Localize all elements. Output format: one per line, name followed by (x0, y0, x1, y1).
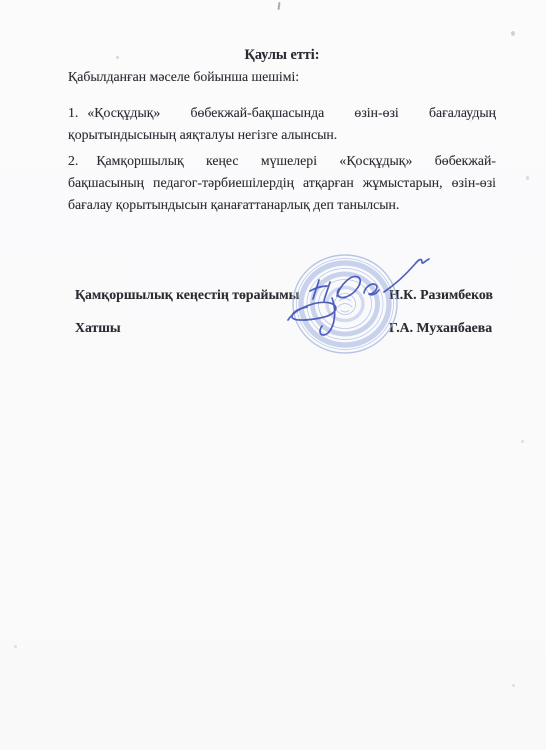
handwritten-signature-icon (272, 246, 442, 346)
scan-speck (526, 176, 529, 180)
item-1-text: «Қосқұдық» бөбекжай-бақшасында өзін-өзі … (68, 105, 496, 142)
intro-line: Қабылданған мәселе бойынша шешімі: (68, 66, 496, 88)
decision-item-1: 1.«Қосқұдық» бөбекжай-бақшасында өзін-өз… (68, 102, 496, 146)
decision-item-2: 2.Қамқоршылық кеңес мүшелері «Қосқұдық» … (68, 150, 496, 216)
item-1-number: 1. (68, 105, 78, 120)
scan-speck (277, 2, 280, 10)
chairman-role-label: Қамқоршылық кеңестің төрайымы (68, 285, 299, 305)
scan-speck (470, 120, 472, 122)
scan-speck (14, 645, 17, 648)
document-title: Қаулы етті: (68, 44, 496, 66)
item-2-number: 2. (68, 153, 78, 168)
scan-speck (511, 31, 515, 36)
scan-speck (116, 56, 119, 59)
secretary-role-label: Хатшы (68, 318, 121, 338)
scan-speck (512, 684, 515, 687)
scan-speck (521, 440, 524, 443)
scanned-document-page: Қаулы етті: Қабылданған мәселе бойынша ш… (0, 0, 546, 750)
item-2-text: Қамқоршылық кеңес мүшелері «Қосқұдық» бө… (68, 153, 496, 212)
